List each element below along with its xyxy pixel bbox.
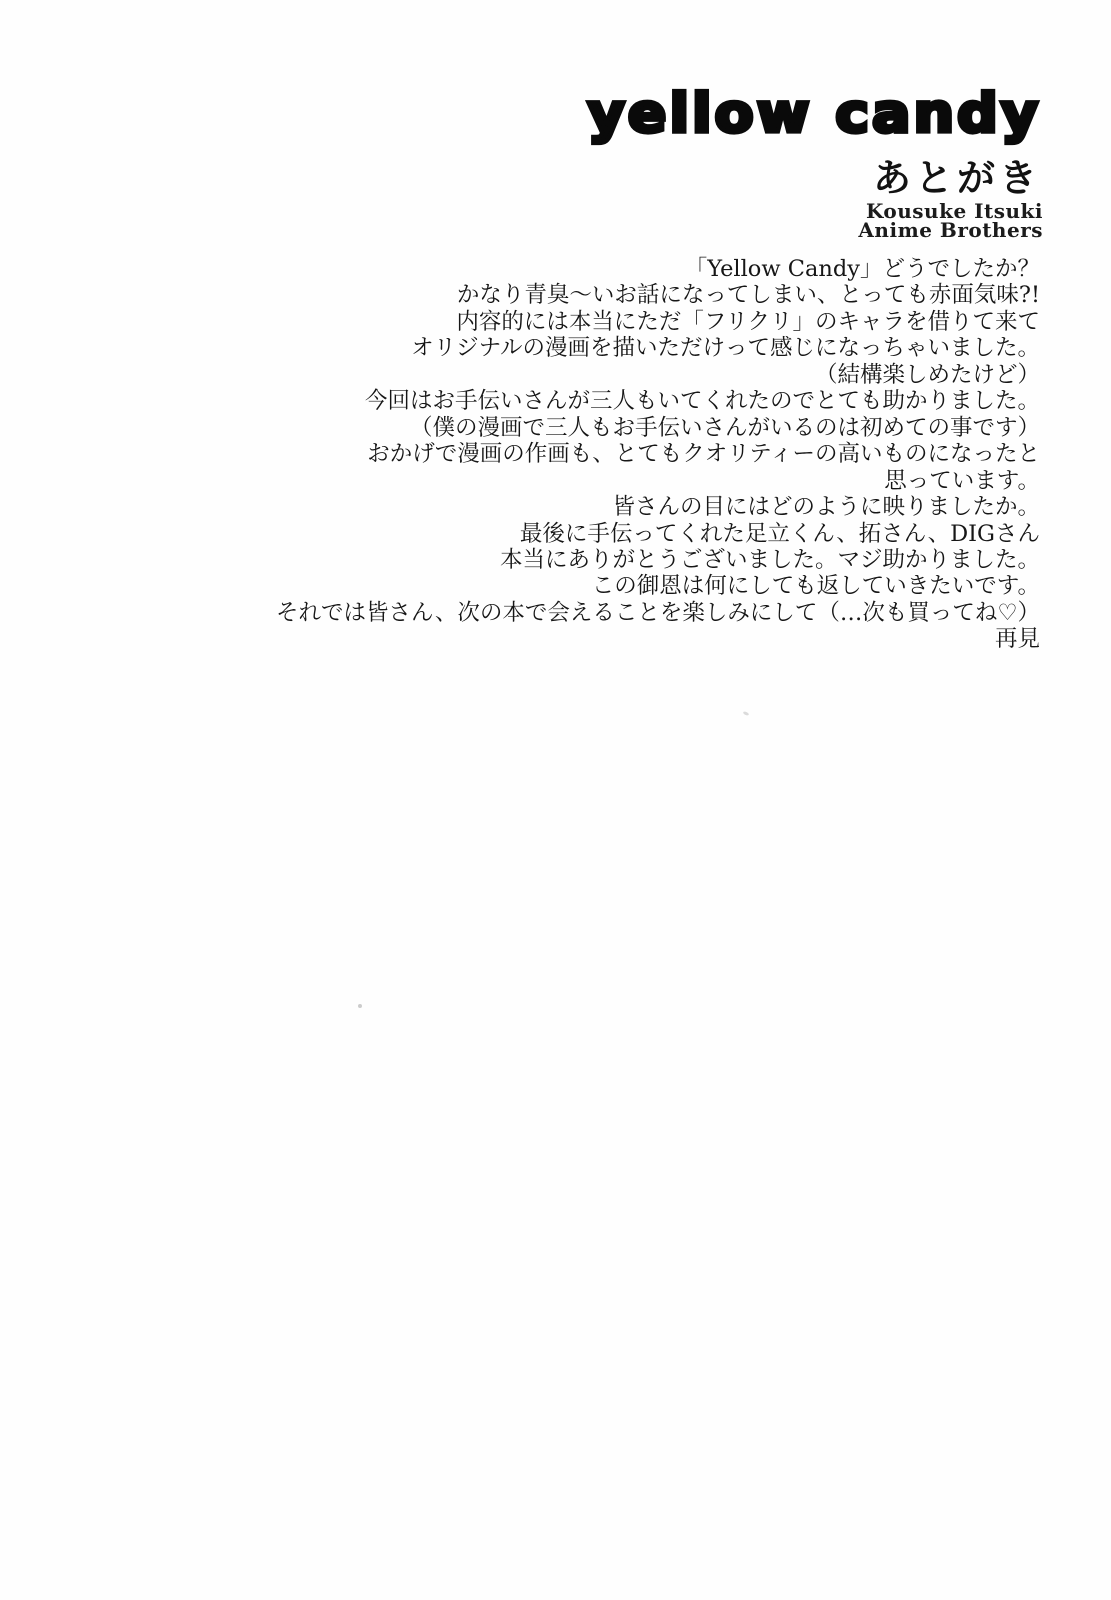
afterword-line: 本当にありがとうございました。マジ助かりました。 xyxy=(30,547,1040,573)
author-credits: Kousuke Itsuki Anime Brothers xyxy=(858,202,1043,239)
scan-speck xyxy=(743,711,750,716)
scan-speck xyxy=(358,1004,362,1008)
afterword-title: あとがき xyxy=(873,159,1041,197)
afterword-line: この御恩は何にしても返していきたいです。 xyxy=(30,573,1040,599)
afterword-line: オリジナルの漫画を描いただけって感じになっちゃいました。 xyxy=(30,335,1040,361)
yellow-candy-logo: Yellow Candy xyxy=(588,88,1041,141)
afterword-line: 内容的には本当にただ「フリクリ」のキャラを借りて来て xyxy=(30,309,1040,335)
afterword-line: 「Yellow Candy」どうでしたか？ xyxy=(30,256,1040,282)
afterword-line: 再見 xyxy=(30,626,1040,652)
afterword-line: かなり青臭〜いお話になってしまい、とっても赤面気味?! xyxy=(30,282,1040,308)
afterword-line: （結構楽しめたけど） xyxy=(30,362,1040,388)
afterword-line: （僕の漫画で三人もお手伝いさんがいるのは初めての事です） xyxy=(30,415,1040,441)
afterword-line: 思っています。 xyxy=(30,468,1040,494)
circle-name: Anime Brothers xyxy=(858,221,1043,240)
scanned-afterword-page: Yellow Candy あとがき Kousuke Itsuki Anime B… xyxy=(0,0,1111,1600)
afterword-line: おかげで漫画の作画も、とてもクオリティーの高いものになったと xyxy=(30,441,1040,467)
afterword-line: 最後に手伝ってくれた足立くん、拓さん、DIGさん xyxy=(30,521,1040,547)
afterword-line: それでは皆さん、次の本で会えることを楽しみにして（…次も買ってね♡） xyxy=(30,600,1040,626)
afterword-line: 皆さんの目にはどのように映りましたか。 xyxy=(30,494,1040,520)
afterword-line: 今回はお手伝いさんが三人もいてくれたのでとても助かりました。 xyxy=(30,388,1040,414)
afterword-body: 「Yellow Candy」どうでしたか？ かなり青臭〜いお話になってしまい、と… xyxy=(30,256,1040,653)
